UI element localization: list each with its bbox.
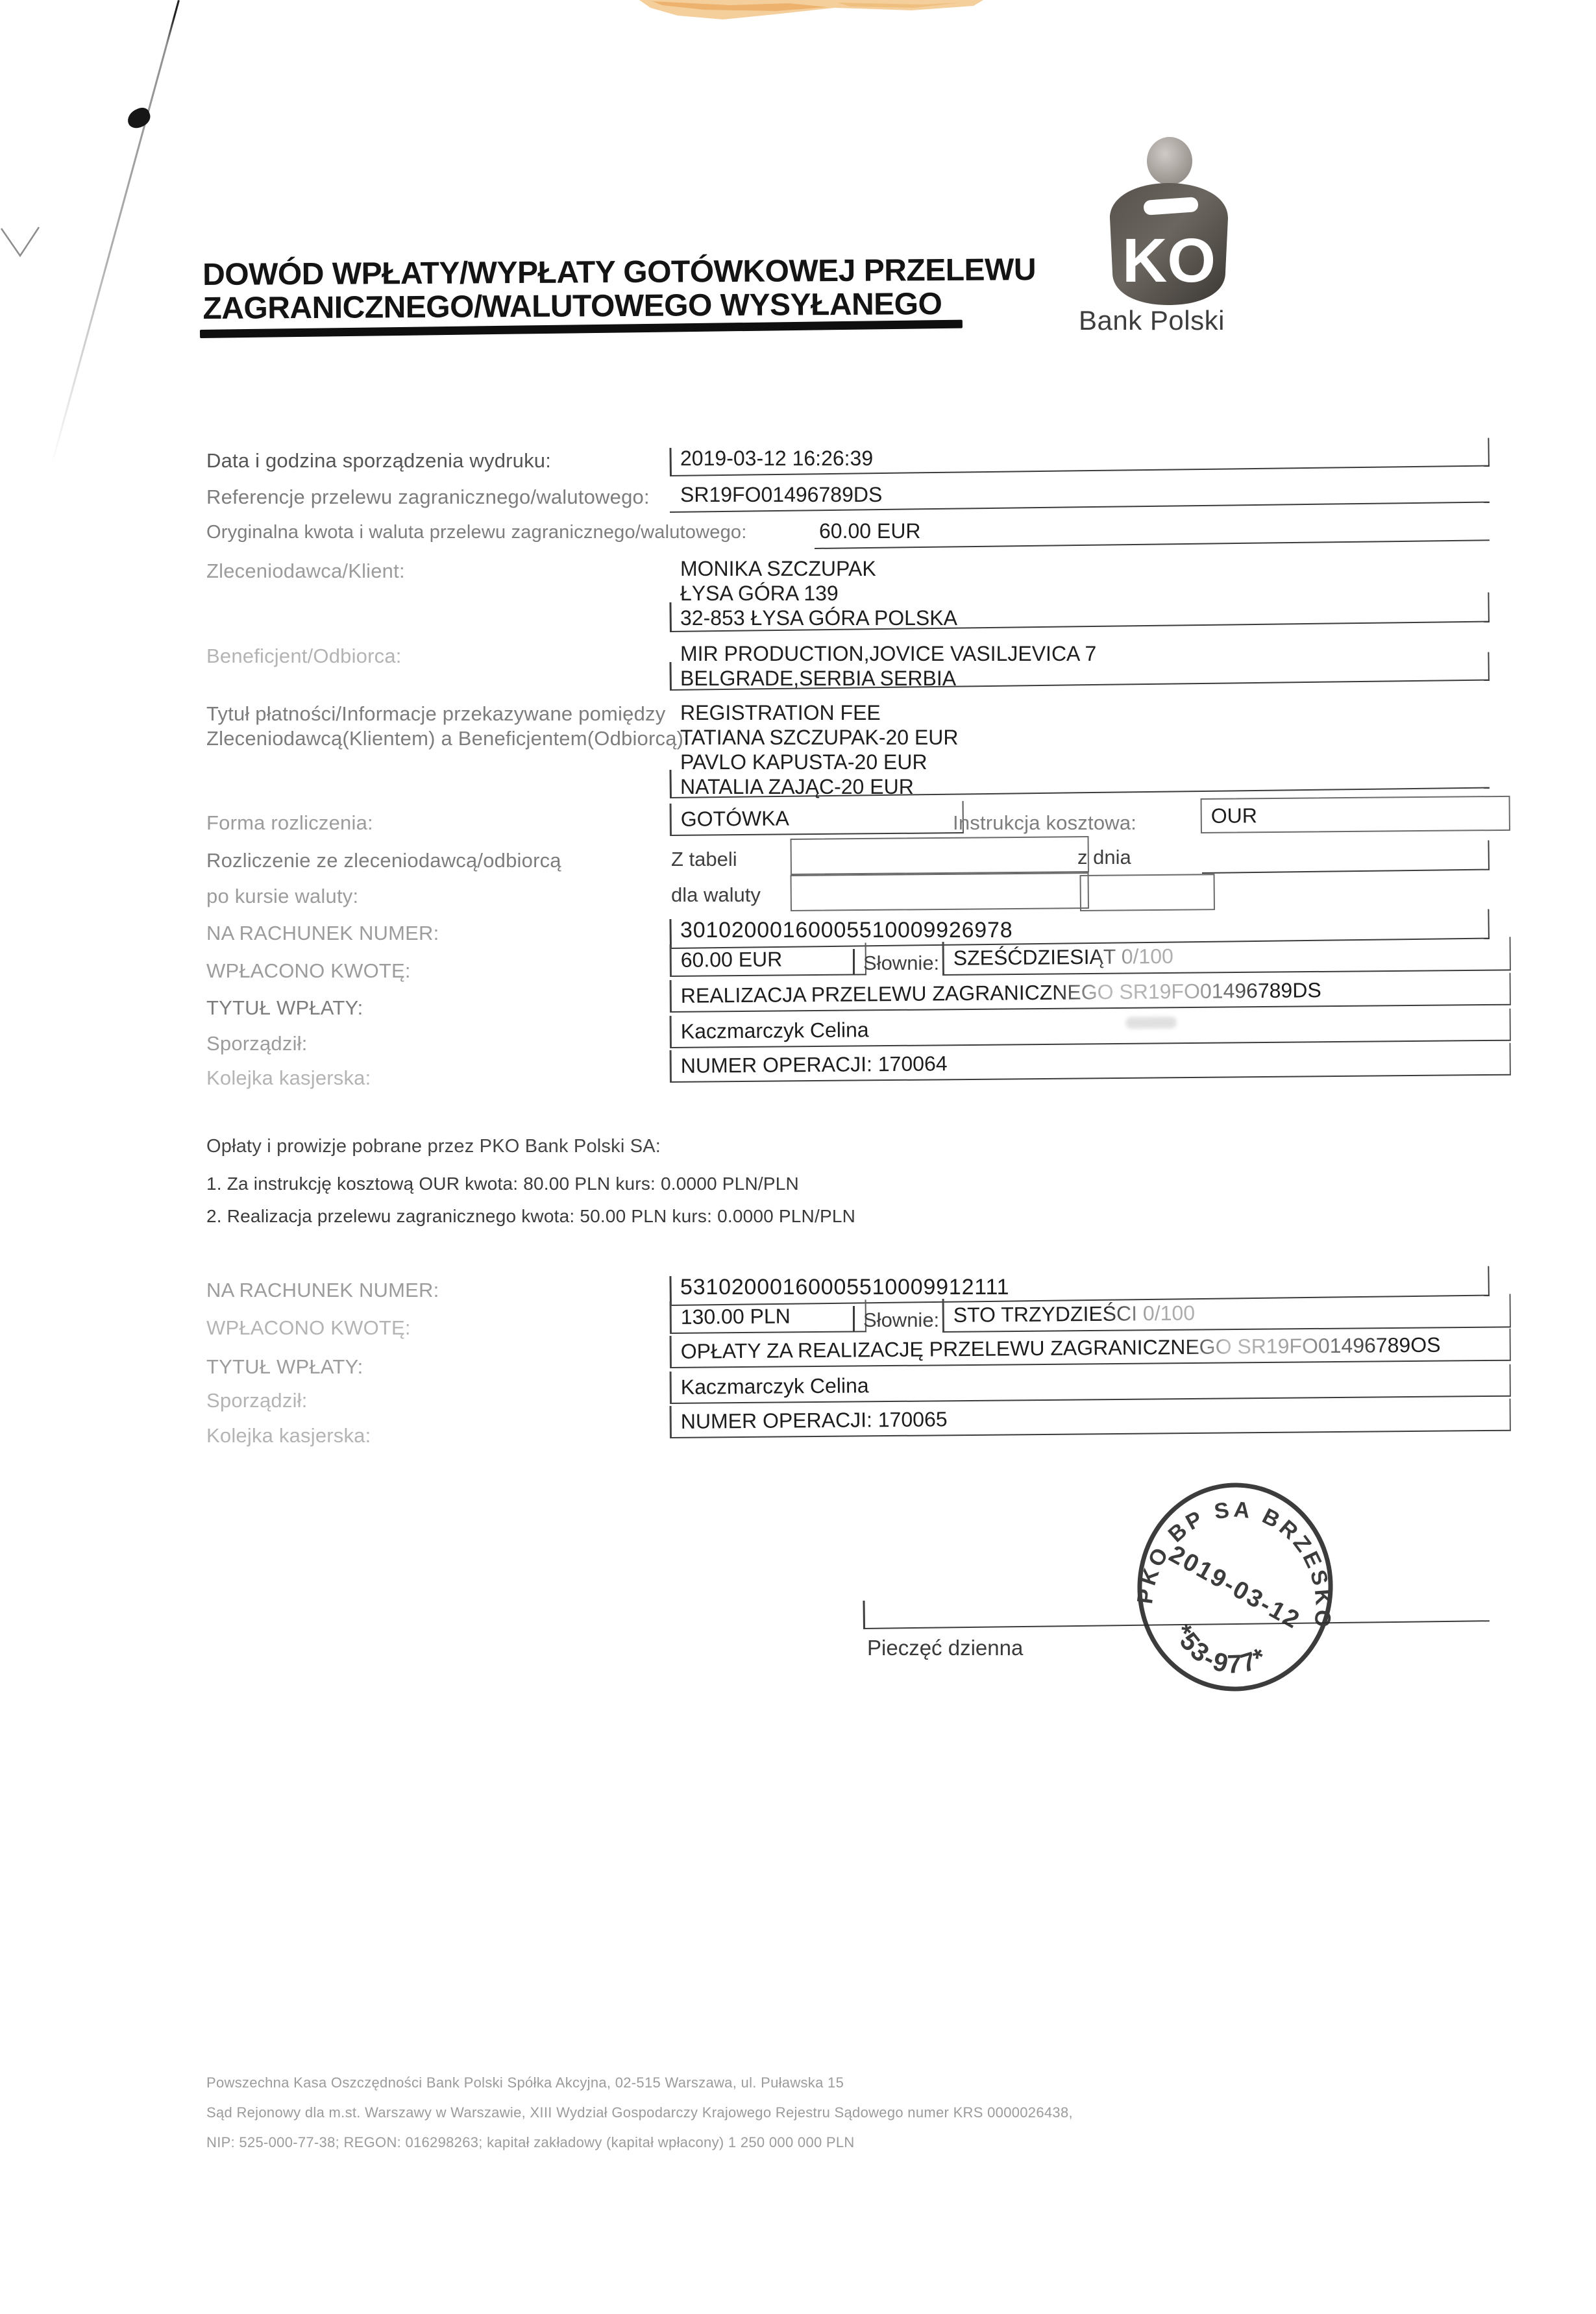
value-amount-1: 60.00 EUR <box>681 947 783 972</box>
label-for-currency: dla waluty <box>671 883 761 907</box>
scan-artifact-smudge <box>1126 1016 1177 1029</box>
label-prepared-by-2: Sporządził: <box>206 1389 308 1412</box>
label-inwords-1: Słownie: <box>863 952 939 975</box>
field-prepared-by-1: Kaczmarczyk Celina <box>670 1009 1511 1048</box>
label-original-amount: Oryginalna kwota i waluta przelewu zagra… <box>206 522 747 543</box>
pko-bank-logo-icon: KO <box>1072 135 1264 310</box>
field-currency-empty <box>791 872 1089 911</box>
scanned-bank-receipt: DOWÓD WPŁATY/WYPŁATY GOTÓWKOWEJ PRZELEWU… <box>0 0 1596 2314</box>
footer-line-1: Powszechna Kasa Oszczędności Bank Polski… <box>206 2074 844 2091</box>
value-cost-instruction: OUR <box>1211 804 1257 828</box>
scan-artifact-tan-strip <box>0 0 1596 45</box>
label-payment-title-line1: Tytuł płatności/Informacje przekazywane … <box>206 702 665 726</box>
label-deposit-title-1: TYTUŁ WPŁATY: <box>206 996 363 1020</box>
label-inwords-2: Słownie: <box>863 1309 939 1332</box>
bank-name: Bank Polski <box>1079 305 1225 336</box>
label-amount-1: WPŁACONO KWOTĘ: <box>206 959 411 983</box>
label-account-2: NA RACHUNEK NUMER: <box>206 1279 439 1302</box>
footer-line-3: NIP: 525-000-77-38; REGON: 016298263; ka… <box>206 2134 855 2151</box>
label-beneficiary: Beneficjent/Odbiorca: <box>206 645 402 668</box>
tick-inwords-2 <box>853 1306 855 1332</box>
value-deposit-title-1: REALIZACJA PRZELEWU ZAGRANICZNEGO SR19FO… <box>681 978 1321 1008</box>
value-deposit-title-2: OPŁATY ZA REALIZACJĘ PRZELEWU ZAGRANICZN… <box>681 1333 1441 1363</box>
field-inwords-2: STO TRZYDZIEŚCI 0/100 <box>942 1294 1511 1333</box>
field-cashier-queue-1: NUMER OPERACJI: 170064 <box>670 1043 1511 1083</box>
field-amount-2: 130.00 PLN <box>670 1299 866 1334</box>
fees-item-2: 2. Realizacja przelewu zagranicznego kwo… <box>206 1206 855 1227</box>
field-cost-instruction: OUR <box>1201 796 1510 833</box>
value-cashier-queue-2: NUMER OPERACJI: 170065 <box>681 1407 948 1434</box>
label-exchange-rate: po kursie waluty: <box>206 885 358 908</box>
value-inwords-1: SZEŚĆDZIESIĄT 0/100 <box>953 944 1173 970</box>
scan-artifact-fold-line <box>50 0 179 467</box>
stamp-arc-text: PKO BP SA BRZESKO <box>1132 1492 1342 1632</box>
label-daily-stamp: Pieczęć dzienna <box>867 1636 1023 1660</box>
value-payment-title-line1: REGISTRATION FEE <box>680 701 881 725</box>
label-cashier-queue-2: Kolejka kasjerska: <box>206 1424 371 1447</box>
round-date-stamp: PKO BP SA BRZESKO 2019-03-12 *53-977* <box>1123 1475 1348 1700</box>
value-settlement-form: GOTÓWKA <box>681 806 789 831</box>
label-account-1: NA RACHUNEK NUMER: <box>206 922 439 945</box>
field-settlement-form: GOTÓWKA <box>670 801 964 836</box>
field-cashier-queue-2: NUMER OPERACJI: 170065 <box>670 1399 1511 1438</box>
svg-text:PKO BP SA BRZESKO: PKO BP SA BRZESKO <box>1132 1492 1342 1632</box>
label-cost-instruction: Instrukcja kosztowa: <box>953 811 1136 835</box>
value-prepared-by-1: Kaczmarczyk Celina <box>681 1018 869 1044</box>
value-cashier-queue-1: NUMER OPERACJI: 170064 <box>681 1052 948 1078</box>
label-prepared-by-1: Sporządził: <box>206 1032 308 1055</box>
field-inwords-1: SZEŚĆDZIESIĄT 0/100 <box>942 937 1511 976</box>
label-amount-2: WPŁACONO KWOTĘ: <box>206 1316 411 1340</box>
label-payment-title-line2: Zleceniodawcą(Klientem) a Beneficjentem(… <box>206 727 689 750</box>
document-title: DOWÓD WPŁATY/WYPŁATY GOTÓWKOWEJ PRZELEWU… <box>203 253 1037 326</box>
document-title-line1: DOWÓD WPŁATY/WYPŁATY GOTÓWKOWEJ PRZELEWU <box>203 253 1036 292</box>
fees-item-1: 1. Za instrukcję kosztową OUR kwota: 80.… <box>206 1174 799 1194</box>
label-from-date: z dnia <box>1077 846 1131 869</box>
value-payment-title-line2: TATIANA SZCZUPAK-20 EUR <box>680 726 959 750</box>
value-prepared-by-2: Kaczmarczyk Celina <box>681 1373 869 1399</box>
scan-artifact-check-mark <box>0 219 47 269</box>
value-payer-line1: MONIKA SZCZUPAK <box>680 557 876 581</box>
field-prepared-by-2: Kaczmarczyk Celina <box>670 1364 1511 1404</box>
label-deposit-title-2: TYTUŁ WPŁATY: <box>206 1355 363 1379</box>
label-reference: Referencje przelewu zagranicznego/waluto… <box>206 486 650 509</box>
fees-heading: Opłaty i prowizje pobrane przez PKO Bank… <box>206 1136 661 1157</box>
label-from-table: Z tabeli <box>671 848 737 871</box>
value-amount-2: 130.00 PLN <box>681 1304 791 1329</box>
value-inwords-2: STO TRZYDZIEŚCI 0/100 <box>953 1301 1196 1327</box>
field-amount-1: 60.00 EUR <box>670 942 866 977</box>
label-settlement-source: Rozliczenie ze zleceniodawcą/odbiorcą <box>206 849 561 872</box>
rule-reference <box>669 476 1489 513</box>
field-deposit-title-1: REALIZACJA PRZELEWU ZAGRANICZNEGO SR19FO… <box>670 973 1511 1013</box>
rule-print-datetime <box>669 438 1489 476</box>
field-currency-code-empty <box>1080 874 1215 911</box>
tick-inwords-1 <box>853 949 855 975</box>
rule-from-date <box>1201 841 1490 874</box>
label-cashier-queue-1: Kolejka kasjerska: <box>206 1066 371 1090</box>
label-payer: Zleceniodawca/Klient: <box>206 560 405 583</box>
svg-text:KO: KO <box>1122 226 1216 295</box>
label-settlement-form: Forma rozliczenia: <box>206 811 373 835</box>
stamp-date: 2019-03-12 <box>1164 1540 1305 1635</box>
footer-line-2: Sąd Rejonowy dla m.st. Warszawy w Warsza… <box>206 2104 1073 2121</box>
field-deposit-title-2: OPŁATY ZA REALIZACJĘ PRZELEWU ZAGRANICZN… <box>670 1329 1511 1368</box>
label-print-datetime: Data i godzina sporządzenia wydruku: <box>206 449 551 473</box>
field-table-empty <box>791 836 1089 875</box>
